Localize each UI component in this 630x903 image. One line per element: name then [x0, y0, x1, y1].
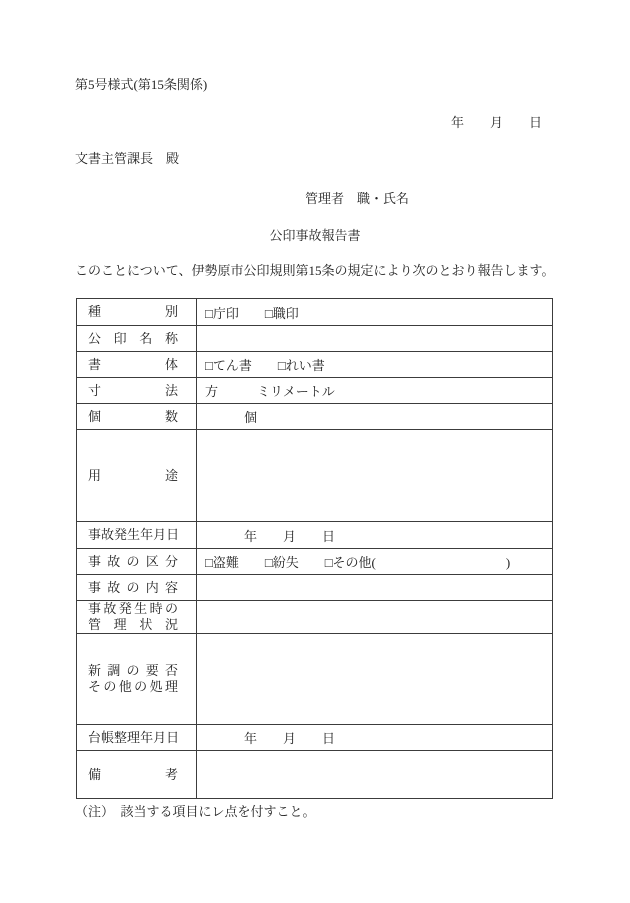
row-label: 公印名称 [77, 326, 197, 352]
row-label-line: 事故発生時の [88, 601, 178, 617]
row-label: 新調の要否その他の処理 [77, 634, 197, 725]
report-table: 種別□庁印 □職印公印名称書体□てん書 □れい書寸法方 ミリメートル個数 個用途… [76, 298, 553, 799]
row-label: 書体 [77, 352, 197, 378]
row-label-line: 書体 [88, 357, 178, 373]
table-row: 用途 [77, 430, 553, 522]
document-page: 第5号様式(第15条関係) 年 月 日 文書主管課長 殿 管理者 職・氏名 公印… [0, 0, 630, 903]
table-row: 個数 個 [77, 404, 553, 430]
row-value: 方 ミリメートル [197, 378, 553, 404]
table-row: 事故発生時の管理状況 [77, 601, 553, 634]
table-row: 事故の内容 [77, 575, 553, 601]
row-label-line: 公印名称 [88, 331, 178, 347]
table-row: 台帳整理年月日 年 月 日 [77, 725, 553, 751]
row-value [197, 430, 553, 522]
row-value [197, 634, 553, 725]
row-value: 個 [197, 404, 553, 430]
row-label-line: 事故発生年月日 [88, 527, 178, 543]
manager-line: 管理者 職・氏名 [305, 191, 409, 207]
table-row: 公印名称 [77, 326, 553, 352]
intro-text: このことについて、伊勢原市公印規則第15条の規定により次のとおり報告します。 [75, 263, 554, 279]
row-label: 事故の区分 [77, 549, 197, 575]
row-label-line: 用途 [88, 468, 178, 484]
table-row: 事故の区分□盗難 □紛失 □その他( ) [77, 549, 553, 575]
row-label: 台帳整理年月日 [77, 725, 197, 751]
row-label: 個数 [77, 404, 197, 430]
document-title: 公印事故報告書 [0, 228, 630, 244]
row-value [197, 575, 553, 601]
row-label: 事故の内容 [77, 575, 197, 601]
row-label-line: 管理状況 [88, 617, 178, 633]
row-label-line: 台帳整理年月日 [88, 730, 178, 746]
table-row: 事故発生年月日 年 月 日 [77, 522, 553, 549]
row-label-line: その他の処理 [88, 679, 178, 695]
row-value [197, 751, 553, 799]
row-label-line: 備考 [88, 767, 178, 783]
footnote: （注） 該当する項目にレ点を付すこと。 [75, 804, 316, 820]
row-label-line: 個数 [88, 409, 178, 425]
table-row: 書体□てん書 □れい書 [77, 352, 553, 378]
row-label-line: 寸法 [88, 383, 178, 399]
row-label-line: 事故の区分 [88, 554, 178, 570]
form-number: 第5号様式(第15条関係) [75, 77, 207, 93]
row-label: 種別 [77, 299, 197, 326]
row-label: 備考 [77, 751, 197, 799]
table-row: 備考 [77, 751, 553, 799]
row-label-line: 新調の要否 [88, 663, 178, 679]
row-label: 寸法 [77, 378, 197, 404]
row-label: 事故発生時の管理状況 [77, 601, 197, 634]
row-label: 事故発生年月日 [77, 522, 197, 549]
table-row: 新調の要否その他の処理 [77, 634, 553, 725]
row-value: □盗難 □紛失 □その他( ) [197, 549, 553, 575]
row-value: □庁印 □職印 [197, 299, 553, 326]
row-value: 年 月 日 [197, 522, 553, 549]
row-value [197, 326, 553, 352]
table-row: 種別□庁印 □職印 [77, 299, 553, 326]
row-label-line: 種別 [88, 304, 178, 320]
row-label-line: 事故の内容 [88, 580, 178, 596]
row-value: □てん書 □れい書 [197, 352, 553, 378]
table-row: 寸法方 ミリメートル [77, 378, 553, 404]
row-value: 年 月 日 [197, 725, 553, 751]
row-label: 用途 [77, 430, 197, 522]
report-table-body: 種別□庁印 □職印公印名称書体□てん書 □れい書寸法方 ミリメートル個数 個用途… [77, 299, 553, 799]
date-line: 年 月 日 [451, 115, 542, 131]
row-value [197, 601, 553, 634]
recipient-line: 文書主管課長 殿 [75, 151, 179, 167]
